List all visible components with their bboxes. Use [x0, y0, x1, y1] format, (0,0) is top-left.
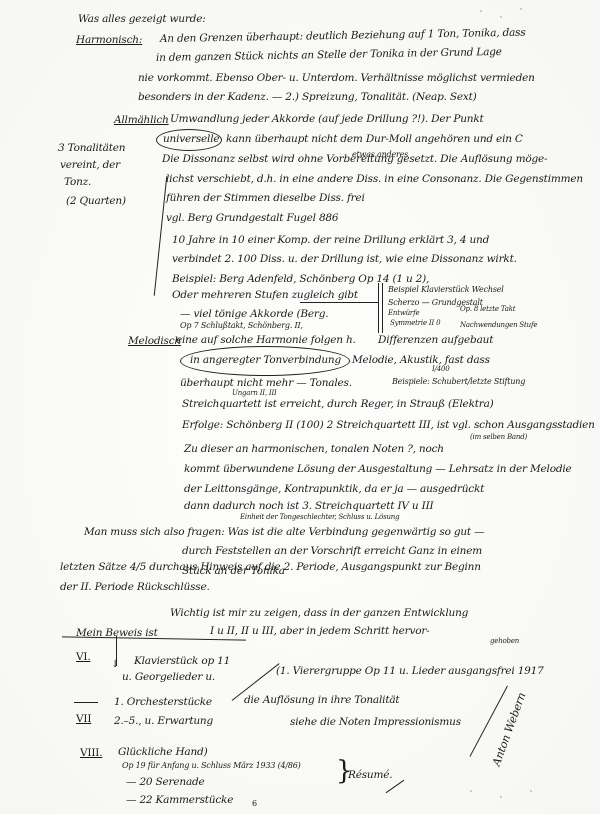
insertion-note: gehoben [490, 638, 519, 645]
side-note: Differenzen aufgebaut [378, 335, 493, 346]
side-note: Op. 8 letzte Takt [460, 306, 515, 313]
insertion-note: Ungarn II, III [232, 390, 277, 397]
text-line: Die Dissonanz selbst wird ohne Vorbereit… [162, 154, 547, 165]
side-note: Beispiele: Schubert/letzte Stiftung [392, 378, 525, 386]
text-line: eine auf solche Harmonie folgen h. [176, 335, 356, 346]
text-line: lichst verschiebt, d.h. in eine andere D… [166, 174, 583, 185]
section-numeral-viii: VIII. [80, 748, 102, 759]
side-note: die Auflösung in ihre Tonalität [244, 695, 399, 706]
margin-note: Tonz. [64, 177, 91, 188]
paper-speck [470, 790, 472, 792]
list-line: Glückliche Hand) [118, 747, 207, 758]
text-line: überhaupt nicht mehr — Tonales. [180, 378, 352, 389]
text-line: Erfolge: Schönberg II (100) 2 Streichqua… [182, 420, 595, 431]
list-line: — 22 Kammerstücke [126, 795, 233, 806]
margin-note: vereint, der [60, 160, 120, 171]
underline [300, 302, 378, 303]
list-line: 2.–5., u. Erwartung [114, 716, 213, 727]
arrow-down-icon: ↓ [111, 660, 119, 670]
text-line: Zu dieser an harmonischen, tonalen Noten… [184, 444, 444, 455]
section-numeral-vi: VI. [76, 652, 90, 663]
text-line: vgl. Berg Grundgestalt Fugel 886 [166, 213, 338, 224]
paper-speck [500, 796, 502, 798]
text-line: Oder mehreren Stufen zugleich gibt [172, 290, 358, 301]
signature: Anton Webern [491, 691, 528, 767]
circled-word: universelle [163, 134, 219, 145]
text-line: Op 7 Schlußtakt, Schönberg. II, [180, 322, 303, 330]
paper-speck [530, 790, 532, 792]
paper-speck [480, 10, 482, 12]
side-note: (1. Vierergruppe Op 11 u. Lieder ausgang… [276, 666, 544, 677]
insertion-note: Einheit der Tongeschlechter, Schluss u. … [240, 514, 399, 521]
text-line: kann überhaupt nicht dem Dur-Moll angehö… [226, 134, 523, 145]
text-line: I u II, II u III, aber in jedem Schritt … [210, 626, 430, 637]
bracket-line [154, 176, 168, 295]
text-line: kommt überwundene Lösung der Ausgestaltu… [184, 464, 572, 475]
divider-line [382, 283, 383, 333]
margin-note: (2 Quarten) [66, 196, 126, 207]
text-line: An den Grenzen überhaupt: deutlich Bezie… [160, 28, 526, 45]
side-note: Nachwendungen Stufe [460, 322, 537, 329]
text-line: in dem ganzen Stück nichts an Stelle der… [156, 47, 502, 64]
page-number: 6 [252, 800, 257, 808]
side-note: I/400 [432, 366, 450, 373]
circled-phrase: in angeregter Tonverbindung [190, 355, 341, 366]
text-line: Beispiel: Berg Adenfeld, Schönberg Op 14… [172, 274, 429, 285]
manuscript-page: Was alles gezeigt wurde: Harmonisch: An … [0, 0, 600, 814]
list-line: Op 19 für Anfang u. Schluss März 1933 (4… [122, 762, 301, 770]
side-note: siehe die Noten Impressionismus [290, 717, 461, 728]
list-line: 1. Orchesterstücke [114, 697, 212, 708]
dash-mark [74, 702, 98, 703]
side-note: Entwürfe [388, 310, 419, 317]
text-line: Streichquartett ist erreicht, durch Rege… [182, 399, 494, 410]
heading-line: Was alles gezeigt wurde: [78, 14, 206, 25]
side-note: Beispiel Klavierstück Wechsel [388, 286, 504, 294]
resume-label: Résumé. [348, 770, 392, 781]
margin-label-melodic: Melodisch [128, 336, 181, 347]
text-line: Wichtig ist mir zu zeigen, dass in der g… [170, 608, 468, 619]
text-line: nie vorkommt. Ebenso Ober- u. Unterdom. … [138, 73, 535, 84]
paper-speck [520, 8, 522, 10]
text-line: letzten Sätze 4/5 durchaus Hinweis auf d… [60, 562, 481, 573]
margin-note: 3 Tonalitäten [58, 143, 125, 154]
text-line: führen der Stimmen dieselbe Diss. frei [166, 193, 365, 204]
section-numeral-vii: VII [76, 714, 91, 725]
text-line: Man muss sich also fragen: Was ist die a… [84, 527, 484, 538]
list-line: Klavierstück op 11 [134, 656, 230, 667]
slash-mark [386, 780, 405, 794]
text-line: verbindet 2. 100 Diss. u. der Drillung i… [172, 254, 517, 265]
paper-speck [500, 16, 502, 18]
text-line: 10 Jahre in 10 einer Komp. der reine Dri… [172, 235, 489, 246]
text-line: der Leittonsgänge, Kontrapunktik, da er … [184, 484, 484, 495]
margin-label-gradual: Allmählich [114, 115, 169, 126]
text-line: Melodie, Akustik, fast dass [352, 355, 490, 366]
divider-line [378, 283, 379, 333]
text-line: der II. Periode Rückschlüsse. [60, 582, 210, 593]
text-line: — viel tönige Akkorde (Berg. [180, 309, 328, 320]
insertion-note: (im selben Band) [470, 434, 527, 441]
list-line: — 20 Serenade [126, 777, 205, 788]
side-note: Symmetrie II 0 [390, 320, 440, 327]
text-line: durch Feststellen an der Vorschrift erre… [182, 546, 482, 557]
margin-label-harmonic: Harmonisch: [76, 35, 142, 46]
text-line: besonders in der Kadenz. — 2.) Spreizung… [138, 92, 477, 103]
text-line: Umwandlung jeder Akkorde (auf jede Drill… [170, 114, 484, 125]
list-line: u. Georgelieder u. [122, 672, 215, 683]
text-line: dann dadurch noch ist 3. Streichquartett… [184, 501, 433, 512]
